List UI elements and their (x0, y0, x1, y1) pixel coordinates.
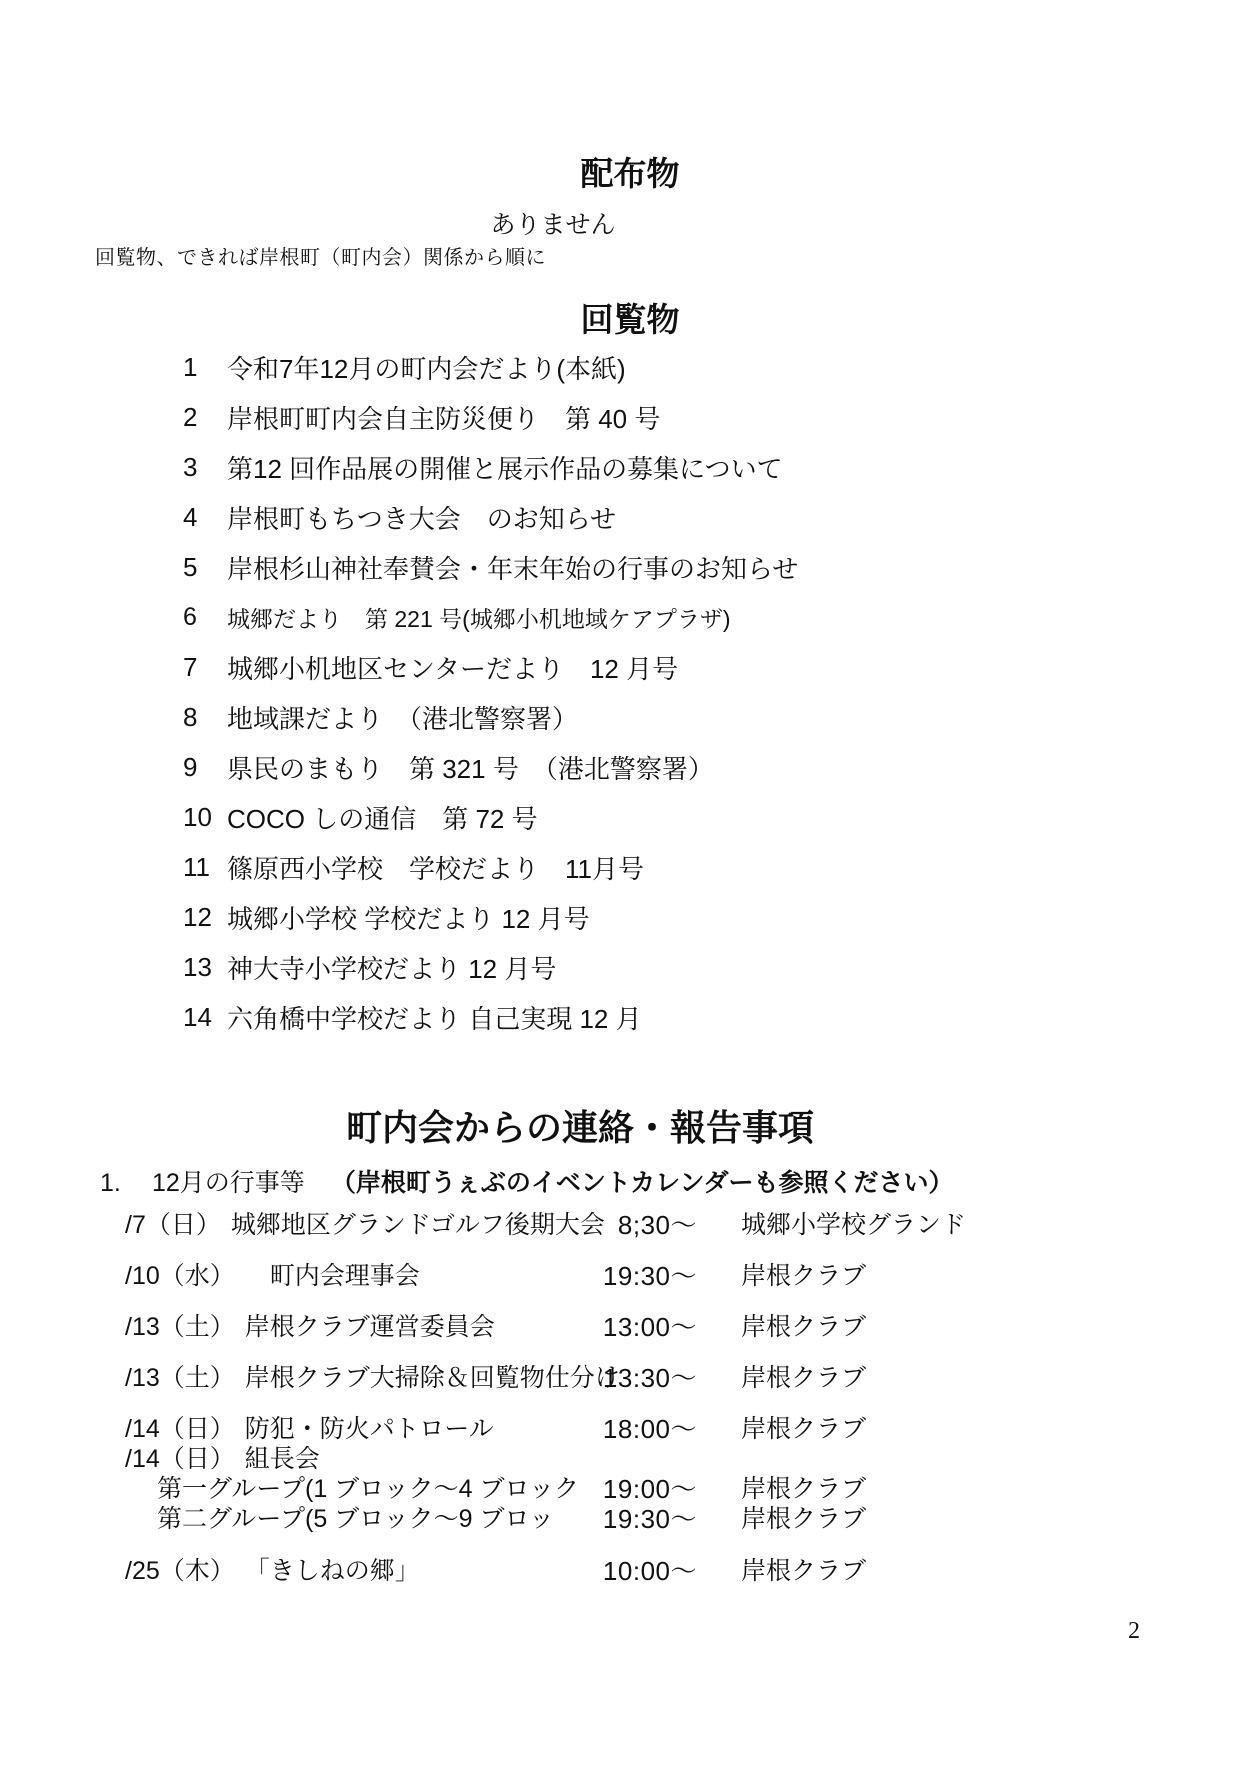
section-note: （岸根町うぇぶのイベントカレンダーも参照ください） (331, 1163, 954, 1199)
item-text: 城郷だより 第 221 号(城郷小机地域ケアプラザ) (227, 601, 730, 634)
circulation-item: 3第12 回作品展の開催と展示作品の募集について (183, 442, 1123, 492)
event-label: /10（水） 町内会理事会 (125, 1261, 587, 1291)
event-place: 岸根クラブ (741, 1474, 866, 1504)
event-row: 第二グループ(5 ブロック～9 ブロッ19:30～岸根クラブ (125, 1504, 1185, 1534)
event-name: 町内会理事会 (245, 1261, 420, 1291)
circulation-item: 9県民のまもり 第 321 号 （港北警察署） (183, 742, 1123, 792)
distribution-title: 配布物 (0, 148, 1260, 195)
item-number: 1 (183, 352, 227, 383)
event-place: 岸根クラブ (741, 1363, 866, 1393)
item-number: 2 (183, 402, 227, 433)
item-text: 城郷小学校 学校だより 12 月号 (227, 899, 590, 936)
event-label: /13（土）岸根クラブ大掃除＆回覧物仕分け (125, 1363, 587, 1393)
circulation-item: 1令和7年12月の町内会だより(本紙) (183, 342, 1123, 392)
circulation-item: 6城郷だより 第 221 号(城郷小机地域ケアプラザ) (183, 592, 1123, 642)
item-number: 5 (183, 552, 227, 583)
item-text: 六角橋中学校だより 自己実現 12 月 (227, 999, 642, 1036)
circulation-item: 12城郷小学校 学校だより 12 月号 (183, 892, 1123, 942)
event-place: 岸根クラブ (741, 1556, 866, 1586)
event-name: 岸根クラブ大掃除＆回覧物仕分け (245, 1363, 620, 1393)
item-text: 県民のまもり 第 321 号 （港北警察署） (227, 749, 714, 786)
section-label: 12月の行事等 (152, 1163, 305, 1199)
event-time: 19:30～ (587, 1504, 697, 1534)
item-number: 11 (183, 852, 227, 883)
circulation-item: 5岸根杉山神社奉賛会・年末年始の行事のお知らせ (183, 542, 1123, 592)
event-time: 19:00～ (587, 1474, 697, 1504)
event-time: 13:00～ (587, 1312, 697, 1342)
event-label: /14（日）防犯・防火パトロール (125, 1414, 587, 1444)
event-name: 第二グループ(5 ブロック～9 ブロッ (157, 1504, 554, 1534)
item-text: 神大寺小学校だより 12 月号 (227, 949, 556, 986)
event-row: /10（水） 町内会理事会19:30～岸根クラブ (125, 1261, 1185, 1291)
item-text: 岸根町もちつき大会 のお知らせ (227, 499, 616, 536)
newsletter-page: 配布物 ありません 回覧物、できれば岸根町（町内会）関係から順に 回覧物 1令和… (0, 0, 1260, 1781)
event-name: 「きしねの郷」 (245, 1556, 420, 1586)
circulation-item: 10COCO しの通信 第 72 号 (183, 792, 1123, 842)
item-number: 6 (183, 603, 227, 632)
event-row: /25（木）「きしねの郷」10:00～岸根クラブ (125, 1556, 1185, 1586)
circulation-item: 2岸根町町内会自主防災便り 第 40 号 (183, 392, 1123, 442)
item-number: 8 (183, 702, 227, 733)
announcements-title: 町内会からの連絡・報告事項 (0, 1100, 1160, 1151)
event-label: 第二グループ(5 ブロック～9 ブロッ (125, 1504, 587, 1534)
event-date: /7（日） (125, 1210, 221, 1240)
events-section-line: 1. 12月の行事等 （岸根町うぇぶのイベントカレンダーも参照ください） (100, 1163, 953, 1199)
item-text: COCO しの通信 第 72 号 (227, 799, 538, 836)
circulation-item: 14六角橋中学校だより 自己実現 12 月 (183, 992, 1123, 1042)
event-date: /25（木） (125, 1556, 235, 1586)
event-time: 19:30～ (587, 1261, 697, 1291)
event-label: /7（日）城郷地区グランドゴルフ後期大会 (125, 1210, 587, 1240)
circulation-item: 11篠原西小学校 学校だより 11月号 (183, 842, 1123, 892)
event-date: /14（日） (125, 1414, 235, 1444)
event-time: 18:00～ (587, 1414, 697, 1444)
event-row: /14（日）防犯・防火パトロール18:00～岸根クラブ (125, 1414, 1185, 1444)
event-place: 城郷小学校グランド (741, 1210, 966, 1240)
event-time: 10:00～ (587, 1556, 697, 1586)
event-time: 13:30～ (587, 1363, 697, 1393)
event-name: 防犯・防火パトロール (245, 1414, 494, 1444)
event-date: /14（日） (125, 1444, 235, 1474)
event-date: /10（水） (125, 1261, 235, 1291)
item-text: 岸根杉山神社奉賛会・年末年始の行事のお知らせ (227, 549, 798, 586)
circulation-item: 13神大寺小学校だより 12 月号 (183, 942, 1123, 992)
circulation-list: 1令和7年12月の町内会だより(本紙)2岸根町町内会自主防災便り 第 40 号3… (183, 342, 1123, 1042)
event-time: 8;30～ (587, 1210, 697, 1240)
circulation-pre-note: 回覧物、できれば岸根町（町内会）関係から順に (95, 241, 546, 270)
event-place: 岸根クラブ (741, 1414, 866, 1444)
circulation-title: 回覧物 (0, 294, 1260, 341)
event-name: 岸根クラブ運営委員会 (245, 1312, 495, 1342)
item-text: 地域課だより （港北警察署） (227, 699, 578, 736)
event-name: 組長会 (245, 1444, 320, 1474)
item-text: 岸根町町内会自主防災便り 第 40 号 (227, 399, 660, 436)
event-name: 第一グループ(1 ブロック～4 ブロック (157, 1474, 579, 1504)
item-number: 13 (183, 952, 227, 983)
event-row: /13（土）岸根クラブ運営委員会13:00～岸根クラブ (125, 1312, 1185, 1342)
item-number: 9 (183, 752, 227, 783)
item-number: 14 (183, 1002, 227, 1033)
page-number: 2 (1128, 1618, 1140, 1645)
event-label: /14（日）組長会 (125, 1444, 587, 1474)
item-number: 4 (183, 502, 227, 533)
circulation-item: 4岸根町もちつき大会 のお知らせ (183, 492, 1123, 542)
event-time (587, 1444, 697, 1474)
distribution-note: ありません (0, 205, 1106, 241)
event-date: /13（土） (125, 1363, 235, 1393)
event-place: 岸根クラブ (741, 1504, 866, 1534)
event-place: 岸根クラブ (741, 1312, 866, 1342)
item-number: 3 (183, 452, 227, 483)
item-number: 12 (183, 902, 227, 933)
circulation-item: 8地域課だより （港北警察署） (183, 692, 1123, 742)
item-text: 第12 回作品展の開催と展示作品の募集について (227, 449, 783, 486)
section-number: 1. (100, 1169, 152, 1198)
event-label: /25（木）「きしねの郷」 (125, 1556, 587, 1586)
event-row: /7（日）城郷地区グランドゴルフ後期大会8;30～城郷小学校グランド (125, 1210, 1185, 1240)
event-row: 第一グループ(1 ブロック～4 ブロック19:00～岸根クラブ (125, 1474, 1185, 1504)
event-name: 城郷地区グランドゴルフ後期大会 (231, 1210, 605, 1240)
item-text: 篠原西小学校 学校だより 11月号 (227, 849, 644, 886)
circulation-item: 7城郷小机地区センターだより 12 月号 (183, 642, 1123, 692)
event-place: 岸根クラブ (741, 1261, 866, 1291)
event-row: /14（日）組長会 (125, 1444, 1185, 1474)
item-text: 令和7年12月の町内会だより(本紙) (227, 349, 626, 386)
item-number: 7 (183, 652, 227, 683)
item-number: 10 (183, 802, 227, 833)
event-date: /13（土） (125, 1312, 235, 1342)
item-text: 城郷小机地区センターだより 12 月号 (227, 649, 678, 686)
event-label: /13（土）岸根クラブ運営委員会 (125, 1312, 587, 1342)
event-label: 第一グループ(1 ブロック～4 ブロック (125, 1474, 587, 1504)
event-schedule: /7（日）城郷地区グランドゴルフ後期大会8;30～城郷小学校グランド/10（水）… (125, 1210, 1185, 1607)
event-row: /13（土）岸根クラブ大掃除＆回覧物仕分け13:30～岸根クラブ (125, 1363, 1185, 1393)
